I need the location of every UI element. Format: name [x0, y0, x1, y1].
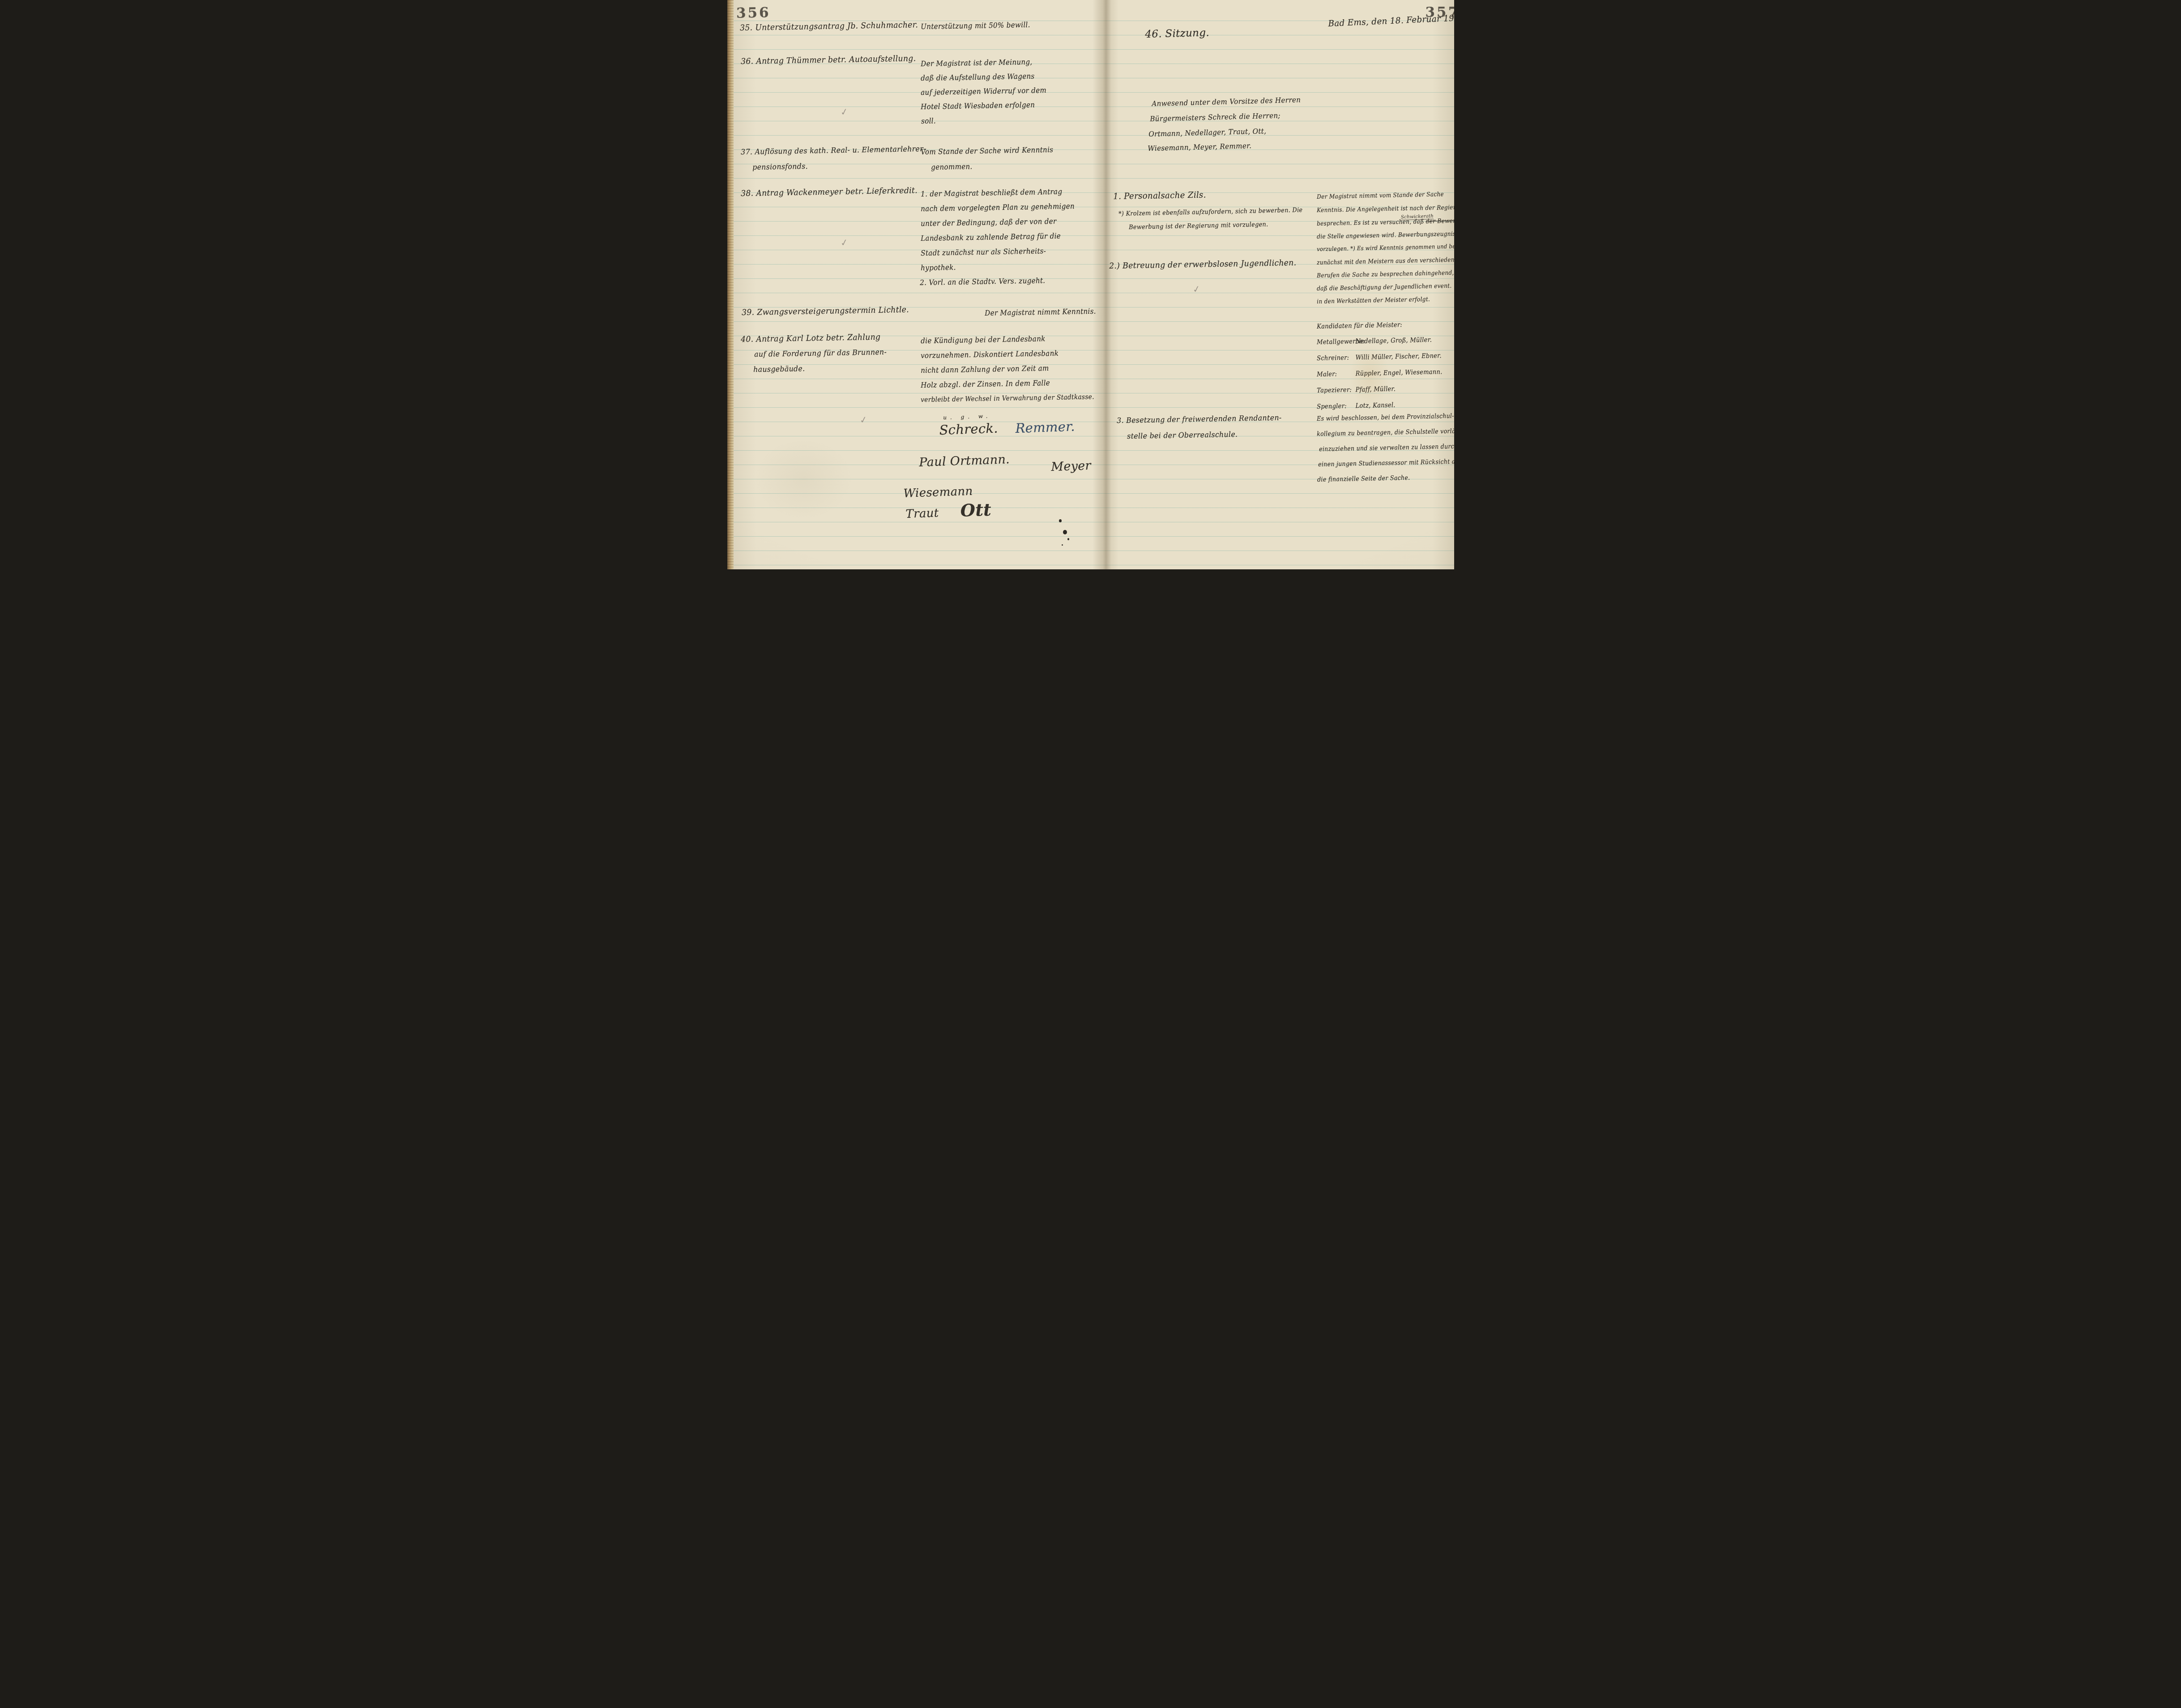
entry-40-subject-line: hausgebäude.	[753, 364, 805, 374]
item-1-subject: 1. Personalsache Zils.	[1113, 190, 1206, 201]
trade-label: Maler:	[1317, 370, 1356, 378]
trade-label: Schreiner:	[1317, 354, 1356, 362]
signature-schreck: Schreck.	[939, 420, 998, 438]
ink-blot	[1059, 519, 1062, 522]
trade-label: Metallgewerbe:	[1317, 338, 1356, 346]
entry-37-subject-line: pensionsfonds.	[752, 162, 808, 171]
left-page	[734, 0, 1103, 569]
ink-blot	[1067, 538, 1069, 540]
pencil-checkmark-icon: ✓	[1192, 283, 1201, 295]
ink-blot	[1062, 544, 1063, 546]
entry-36-resolution-line: soll.	[921, 116, 936, 125]
trade-names: Pfaff, Müller.	[1355, 385, 1396, 393]
signature-remmer: Remmer.	[1015, 418, 1075, 436]
book-fore-edge	[727, 0, 734, 569]
ink-blot	[1063, 530, 1067, 534]
trade-names: Lotz, Kansel.	[1355, 401, 1395, 410]
trade-label: Spengler:	[1317, 402, 1356, 410]
interlinear-insertion: Schwickerath	[1400, 213, 1433, 221]
signature-meyer: Meyer	[1051, 459, 1091, 474]
pencil-checkmark-icon: ✓	[859, 414, 868, 426]
trade-label: Tapezierer:	[1317, 386, 1356, 394]
entry-37-resolution-line: genommen.	[931, 162, 973, 171]
ledger-scan: 356 35. Unterstützungsantrag Jb. Schuhma…	[727, 0, 1454, 569]
signature-traut: Traut	[905, 506, 939, 521]
session-title: 46. Sitzung.	[1145, 27, 1209, 40]
signature-ott: Ott	[960, 500, 992, 521]
page-number-stamp-left: 356	[736, 4, 770, 21]
entry-38-resolution-line: hypothek.	[921, 263, 956, 272]
signature-wiesemann: Wiesemann	[903, 485, 973, 500]
pencil-checkmark-icon: ✓	[840, 106, 849, 118]
pencil-checkmark-icon: ✓	[840, 237, 849, 249]
